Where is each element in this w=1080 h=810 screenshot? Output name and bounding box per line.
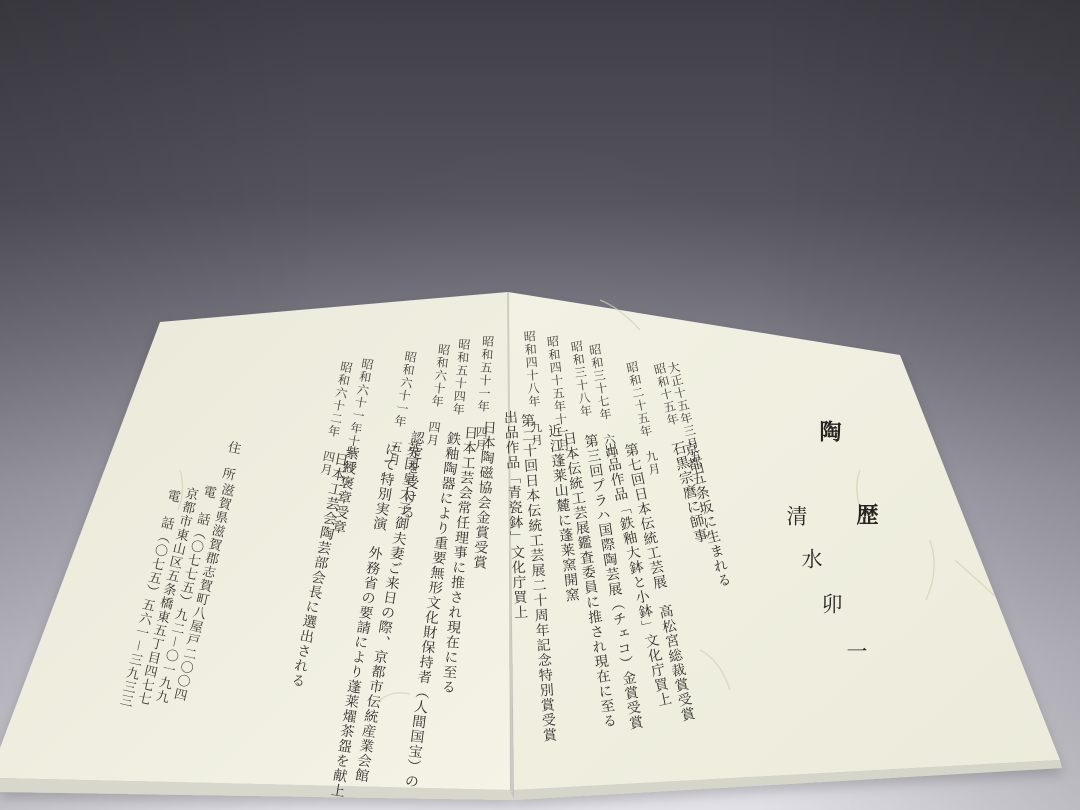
author-char: 清 bbox=[785, 505, 806, 527]
title-char: 陶 bbox=[818, 420, 840, 443]
title-char: 歴 bbox=[855, 503, 877, 526]
author-char: 一 bbox=[845, 640, 866, 662]
author-char: 卯 bbox=[820, 593, 841, 615]
author-char: 水 bbox=[800, 548, 821, 570]
